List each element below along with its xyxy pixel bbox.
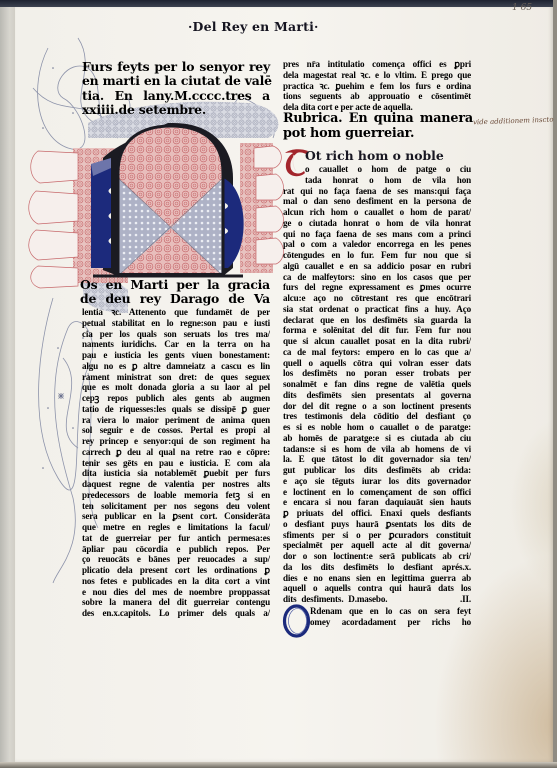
text-line: e aço sie tēguts iurar los dits governad… [283, 476, 471, 487]
text-line: sonalmēt e fan dins regne de valētia que… [283, 379, 471, 390]
text-line: rament ministrat son dret: de ques segue… [82, 372, 270, 383]
text-line: cia per los quals son seruats los tres m… [82, 329, 270, 340]
text-line: tenir ses gēts en pau e iusticia. E com … [82, 458, 270, 469]
text-line: pau e iusticia les gents viuen bonestame… [82, 350, 270, 361]
rubric-line: pot hom guerreiar. [283, 127, 473, 142]
text-line: gut publicar los dits desfimēts ab crida… [283, 465, 471, 476]
text-line: ab homēs de paratge:e si es ciutada ab c… [283, 433, 471, 444]
text-line: sera publicar en la ꝑsent cort. Consider… [82, 511, 270, 522]
rubric-heading: Rubrica. En quina manera pot hom guerrei… [283, 112, 473, 142]
text-line: los desfimēts no poran esser trobats per [283, 368, 471, 379]
text-line: cōtengudes en lo fur. Fem fur nou que si [283, 250, 471, 261]
text-line: Rdenam que en lo cas on sera feyt [283, 606, 471, 617]
text-line: declarat que en los desfimēts sia guarda… [283, 315, 471, 326]
text-line: ço reuocāts e bānes per reuocades a sup/ [82, 554, 270, 565]
text-line: naments iuridichs. Car en la terra on ha [82, 339, 270, 350]
text-line: plicatio dela present cort les ordinatio… [82, 565, 270, 576]
text-line: ca de mal feytors: empero en lo cas que … [283, 347, 471, 358]
text-line: pres nr̄a intitulatio comença offici es … [283, 59, 471, 70]
text-line: alcu:e aço no cōtrestant res que encōtra… [283, 293, 471, 304]
text-line: dor o son loctinent:e serā publicats ab … [283, 551, 471, 562]
text-line: alcun rich hom o cauallet o hom de parat… [283, 207, 471, 218]
text-line: rey princep e senyor:qui de son regiment… [82, 436, 270, 447]
text-line: daquest regne de valentia per nostres al… [82, 479, 270, 490]
running-head: ·Del Rey en Marti· [188, 19, 319, 34]
text-line: nos fetes e publicades en la dita cort a… [82, 576, 270, 587]
text-line: rat qui no faça faena de ses mans:qui fa… [283, 186, 471, 197]
text-line: ꝑ priuats del offici. Enaxi quels desfia… [283, 508, 471, 519]
text-line: specialmēt per aquell acte al dit govern… [283, 540, 471, 551]
book-top-edge [0, 0, 557, 7]
text-line: cepꝫ repos publich ales gents ab augmen [82, 393, 270, 404]
folio-number: 1 65 [512, 3, 532, 13]
incipit-line: tia. En lany.M.cccc.tres a [82, 89, 270, 103]
text-line: algu no es ꝑ altre damneiatz a cascu es … [82, 361, 270, 372]
text-line: que metre en regles e limitations la fac… [82, 522, 270, 533]
text-line: tions seguents ab approuatio e cōsentimē… [283, 91, 471, 102]
text-line: o cauallet o hom de patge o ciu [283, 164, 471, 175]
left-column-body: lentia ꝛc. Attenento que fundamēt de per… [82, 307, 270, 619]
text-line: furs del regne expressament es ꝑmes ocur… [283, 282, 471, 293]
text-line: lentia ꝛc. Attenento que fundamēt de per [82, 307, 270, 318]
text-line: pal o com a valedor encorrega en les pen… [283, 239, 471, 250]
text-line: ra viera lo maior periment de anima quen [82, 415, 270, 426]
text-line: ca de malfeytors: sino en los casos que … [283, 272, 471, 283]
text-line: dits desfimēts sien presentats al govern… [283, 390, 471, 401]
text-line: sfiments per si o per ꝑcuradors constitu… [283, 530, 471, 541]
text-line: dits desfiments. D.masebo. .II. [283, 594, 471, 605]
right-column-closing: Rdenam que en lo cas on sera feyt omey a… [283, 606, 471, 628]
text-line: des en.x.capitols. Lo primer dels quals … [82, 608, 270, 619]
incipit-line: xxiiii.de setembre. [82, 103, 270, 117]
text-line: e encara si nou faran daquiauāt sien hau… [283, 497, 471, 508]
text-line: tadans:e si es hom de vila ab homens de … [283, 444, 471, 455]
text-line: tres testimonis dela cōditio del desfian… [283, 411, 471, 422]
text-line: practica ꝛc. ꝑuehim e fem los furs e ord… [283, 81, 471, 92]
text-line: predecessors de loable memoria fetꝫ si e… [82, 490, 270, 501]
text-line: tat de guerreiar per fur antich permesa:… [82, 533, 270, 544]
text-line: e nou dies del mes de noembre proppassat [82, 587, 270, 598]
text-line: sia stat ordenat o practicat fins a huy.… [283, 304, 471, 315]
text-line: algū cauallet e en sa addicio posar en r… [283, 261, 471, 272]
text-line: forma e solēnitat del dit fur. Fem fur n… [283, 325, 471, 336]
text-line: aquell o aquells contra qui haurā dats l… [283, 583, 471, 594]
text-line: carrech ꝑ deu al qual na retre rao e cōp… [82, 447, 270, 458]
text-line: sol seguir e de cossos. Pertal es propi … [82, 425, 270, 436]
incipit-line: Furs feyts per lo senyor rey [82, 60, 270, 74]
text-line: mal o dan seno desfiment en la persona d… [283, 196, 471, 207]
rubric-line: Rubrica. En quina manera [283, 112, 473, 127]
text-line: dor del dit regne o a son loctinent pres… [283, 401, 471, 412]
text-line: que si alcun cauallet posat en la dita r… [283, 336, 471, 347]
decorated-initial-n [73, 118, 251, 280]
text-line: petual stabilitat en lo regne:son pau e … [82, 318, 270, 329]
text-line: quell o aquells cōtra qui volran esser d… [283, 358, 471, 369]
text-line: dita iusticia sia notablemēt ꝑuebit per … [82, 468, 270, 479]
text-line: tatio de riquesses:les quals se dissipē … [82, 404, 270, 415]
book-bottom-edge [0, 762, 557, 768]
text-line: āpliar pau cōcordia e publich repos. Per [82, 544, 270, 555]
text-line: tada honrat o hom de vila hon [283, 175, 471, 186]
text-line: ten solicitament per nos segons deu vole… [82, 501, 270, 512]
text-line: que es molt donada gloria a su laor al p… [82, 382, 270, 393]
book-gutter [0, 0, 16, 768]
text-line: dies e no enans sien en legittima guerra… [283, 573, 471, 584]
right-column-body: o cauallet o hom de patge o ciu tada hon… [283, 150, 471, 605]
text-line: e loctinent en lo començament de son off… [283, 487, 471, 498]
decree-title-line: de deu rey Darago de Va [80, 292, 270, 306]
text-line: dela magestat real ꝛc. e lo vltim. E pre… [283, 70, 471, 81]
text-line: o desfiant puys haurā ꝑsentats los dits … [283, 519, 471, 530]
text-line: ge o ciutada honrat o hom de vila honrat [283, 218, 471, 229]
right-column-top: pres nr̄a intitulatio comença offici es … [283, 59, 471, 113]
text-line: la. E que tātost lo dit governador sia t… [283, 454, 471, 465]
text-line: es si es noble hom o cauallet o de parat… [283, 422, 471, 433]
text-line: da los dits desfimēts lo desfiant aprés.… [283, 562, 471, 573]
text-line: sobre la manera del dit guerreiar conten… [82, 597, 270, 608]
incipit-line: en marti en la ciutat de valē [82, 74, 270, 88]
text-line: omey acordadament per richs ho [283, 617, 471, 628]
decree-title: Os en Marti per la gracia de deu rey Dar… [80, 278, 270, 307]
decree-title-line: Os en Marti per la gracia [80, 278, 270, 292]
incipit-heading: Furs feyts per lo senyor rey en marti en… [82, 60, 270, 118]
text-line: qui no faça faena de ses mans com a prin… [283, 229, 471, 240]
